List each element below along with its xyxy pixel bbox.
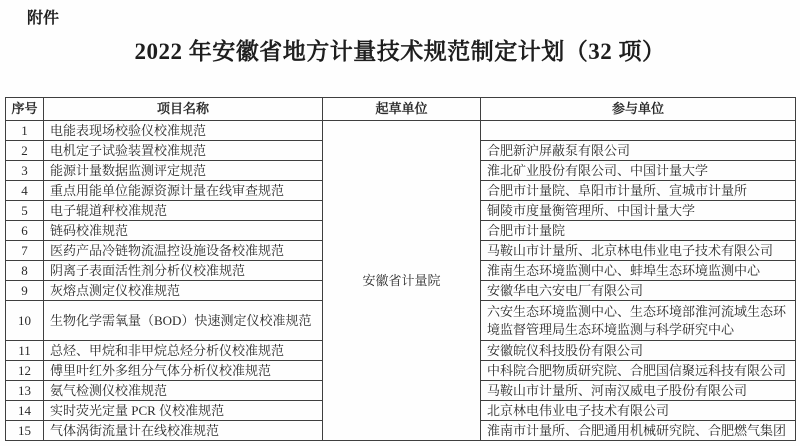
project-name: 氨气检测仪校准规范 — [44, 381, 323, 401]
table-body: 1电能表现场校验仪校准规范安徽省计量院2电机定子试验装置校准规范合肥新沪屏蔽泵有… — [6, 121, 796, 441]
participants-cell: 淮南市计量所、合肥通用机械研究院、合肥燃气集团 — [481, 421, 796, 441]
participants-cell: 合肥市计量院 — [481, 221, 796, 241]
project-name: 傅里叶红外多组分气体分析仪校准规范 — [44, 361, 323, 381]
row-number: 1 — [6, 121, 44, 141]
participants-cell: 中科院合肥物质研究院、合肥国信聚远科技有限公司 — [481, 361, 796, 381]
participants-cell: 马鞍山市计量所、河南汉威电子股份有限公司 — [481, 381, 796, 401]
project-name: 能源计量数据监测评定规范 — [44, 161, 323, 181]
row-number: 9 — [6, 281, 44, 301]
row-number: 13 — [6, 381, 44, 401]
table-header: 序号 项目名称 起草单位 参与单位 — [6, 98, 796, 121]
participants-cell — [481, 121, 796, 141]
project-name: 气体涡街流量计在线校准规范 — [44, 421, 323, 441]
participants-cell: 安徽华电六安电厂有限公司 — [481, 281, 796, 301]
row-number: 5 — [6, 201, 44, 221]
project-name: 阴离子表面活性剂分析仪校准规范 — [44, 261, 323, 281]
row-number: 14 — [6, 401, 44, 421]
table-row: 1电能表现场校验仪校准规范安徽省计量院 — [6, 121, 796, 141]
page-title: 2022 年安徽省地方计量技术规范制定计划（32 项） — [0, 33, 800, 66]
participants-cell: 合肥新沪屏蔽泵有限公司 — [481, 141, 796, 161]
participants-cell: 六安生态环境监测中心、生态环境部淮河流域生态环境监督管理局生态环境监测与科学研究… — [481, 301, 796, 341]
row-number: 8 — [6, 261, 44, 281]
project-name: 生物化学需氧量（BOD）快速测定仪校准规范 — [44, 301, 323, 341]
document-page: 附件 2022 年安徽省地方计量技术规范制定计划（32 项） 序号 项目名称 起… — [0, 0, 800, 446]
project-name: 电机定子试验装置校准规范 — [44, 141, 323, 161]
participants-cell: 合肥市计量院、阜阳市计量所、宣城市计量所 — [481, 181, 796, 201]
project-name: 电能表现场校验仪校准规范 — [44, 121, 323, 141]
row-number: 15 — [6, 421, 44, 441]
project-name: 医药产品冷链物流温控设施设备校准规范 — [44, 241, 323, 261]
project-name: 重点用能单位能源资源计量在线审查规范 — [44, 181, 323, 201]
participants-cell: 北京林电伟业电子技术有限公司 — [481, 401, 796, 421]
participants-cell: 安徽皖仪科技股份有限公司 — [481, 341, 796, 361]
project-name: 实时荧光定量 PCR 仪校准规范 — [44, 401, 323, 421]
header-participants: 参与单位 — [481, 98, 796, 121]
drafting-unit-cell: 安徽省计量院 — [323, 121, 481, 441]
row-number: 6 — [6, 221, 44, 241]
row-number: 3 — [6, 161, 44, 181]
project-name: 灰熔点测定仪校准规范 — [44, 281, 323, 301]
participants-cell: 淮北矿业股份有限公司、中国计量大学 — [481, 161, 796, 181]
header-row: 序号 项目名称 起草单位 参与单位 — [6, 98, 796, 121]
project-name: 链码校准规范 — [44, 221, 323, 241]
participants-cell: 铜陵市度量衡管理所、中国计量大学 — [481, 201, 796, 221]
project-name: 电子辊道秤校准规范 — [44, 201, 323, 221]
participants-cell: 淮南生态环境监测中心、蚌埠生态环境监测中心 — [481, 261, 796, 281]
row-number: 2 — [6, 141, 44, 161]
header-drafting-unit: 起草单位 — [323, 98, 481, 121]
row-number: 4 — [6, 181, 44, 201]
attachment-label: 附件 — [27, 5, 59, 28]
project-name: 总烃、甲烷和非甲烷总烃分析仪校准规范 — [44, 341, 323, 361]
row-number: 7 — [6, 241, 44, 261]
participants-cell: 马鞍山市计量所、北京林电伟业电子技术有限公司 — [481, 241, 796, 261]
row-number: 12 — [6, 361, 44, 381]
row-number: 10 — [6, 301, 44, 341]
specification-plan-table: 序号 项目名称 起草单位 参与单位 1电能表现场校验仪校准规范安徽省计量院2电机… — [5, 97, 796, 441]
header-no: 序号 — [6, 98, 44, 121]
header-project-name: 项目名称 — [44, 98, 323, 121]
row-number: 11 — [6, 341, 44, 361]
